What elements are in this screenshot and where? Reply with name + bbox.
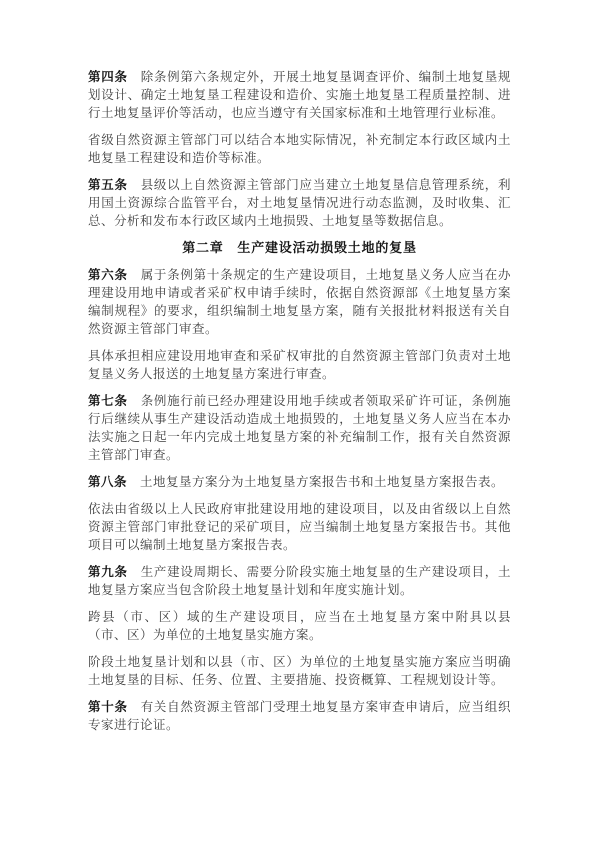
article-7-text: 条例施行前已经办理建设用地手续或者领取采矿许可证，条例施行后继续从事生产建设活动… (88, 394, 511, 462)
article-6-number: 第六条 (88, 268, 141, 282)
document-page: 第四条除条例第六条规定外，开展土地复垦调查评价、编制土地复垦规划设计、确定土地复… (0, 0, 595, 841)
article-8-number: 第八条 (88, 475, 140, 489)
paragraph-article-6-clause-2: 具体承担相应建设用地审查和采矿权审批的自然资源主管部门负责对土地复垦义务人报送的… (88, 347, 511, 383)
paragraph-article-6: 第六条属于条例第十条规定的生产建设项目，土地复垦义务人应当在办理建设用地申请或者… (88, 266, 511, 338)
article-5-text: 县级以上自然资源主管部门应当建立土地复垦信息管理系统，利用国土资源综合监管平台，… (88, 178, 511, 228)
article-6-clause-2-text: 具体承担相应建设用地审查和采矿权审批的自然资源主管部门负责对土地复垦义务人报送的… (88, 349, 511, 381)
paragraph-article-9-clause-2: 跨县（市、区）域的生产建设项目，应当在土地复垦方案中附具以县（市、区）为单位的土… (88, 608, 511, 644)
paragraph-article-7: 第七条条例施行前已经办理建设用地手续或者领取采矿许可证，条例施行后继续从事生产建… (88, 392, 511, 464)
article-9-number: 第九条 (88, 565, 141, 579)
article-10-text: 有关自然资源主管部门受理土地复垦方案审查申请后，应当组织专家进行论证。 (88, 700, 511, 732)
article-8-clause-2-text: 依法由省级以上人民政府审批建设用地的建设项目，以及由省级以上自然资源主管部门审批… (88, 502, 511, 552)
article-10-number: 第十条 (88, 700, 141, 714)
chapter-2-heading: 第二章 生产建设活动损毁土地的复垦 (88, 239, 511, 257)
paragraph-article-8-clause-2: 依法由省级以上人民政府审批建设用地的建设项目，以及由省级以上自然资源主管部门审批… (88, 500, 511, 554)
article-8-text: 土地复垦方案分为土地复垦方案报告书和土地复垦方案报告表。 (140, 475, 504, 489)
article-9-text: 生产建设周期长、需要分阶段实施土地复垦的生产建设项目，土地复垦方案应当包含阶段土… (88, 565, 511, 597)
paragraph-article-5: 第五条县级以上自然资源主管部门应当建立土地复垦信息管理系统，利用国土资源综合监管… (88, 176, 511, 230)
article-4-text: 除条例第六条规定外，开展土地复垦调查评价、编制土地复垦规划设计、确定土地复垦工程… (88, 70, 511, 120)
article-9-clause-2-text: 跨县（市、区）域的生产建设项目，应当在土地复垦方案中附具以县（市、区）为单位的土… (88, 610, 511, 642)
paragraph-article-10: 第十条有关自然资源主管部门受理土地复垦方案审查申请后，应当组织专家进行论证。 (88, 698, 511, 734)
paragraph-article-4-clause-2: 省级自然资源主管部门可以结合本地实际情况，补充制定本行政区域内土地复垦工程建设和… (88, 131, 511, 167)
paragraph-article-8: 第八条土地复垦方案分为土地复垦方案报告书和土地复垦方案报告表。 (88, 473, 511, 491)
article-7-number: 第七条 (88, 394, 141, 408)
article-6-text: 属于条例第十条规定的生产建设项目，土地复垦义务人应当在办理建设用地申请或者采矿权… (88, 268, 511, 336)
paragraph-article-4: 第四条除条例第六条规定外，开展土地复垦调查评价、编制土地复垦规划设计、确定土地复… (88, 68, 511, 122)
paragraph-article-9-clause-3: 阶段土地复垦计划和以县（市、区）为单位的土地复垦实施方案应当明确土地复垦的目标、… (88, 653, 511, 689)
paragraph-article-9: 第九条生产建设周期长、需要分阶段实施土地复垦的生产建设项目，土地复垦方案应当包含… (88, 563, 511, 599)
article-4-clause-2-text: 省级自然资源主管部门可以结合本地实际情况，补充制定本行政区域内土地复垦工程建设和… (88, 133, 511, 165)
article-5-number: 第五条 (88, 178, 141, 192)
article-4-number: 第四条 (88, 70, 141, 84)
article-9-clause-3-text: 阶段土地复垦计划和以县（市、区）为单位的土地复垦实施方案应当明确土地复垦的目标、… (88, 655, 511, 687)
